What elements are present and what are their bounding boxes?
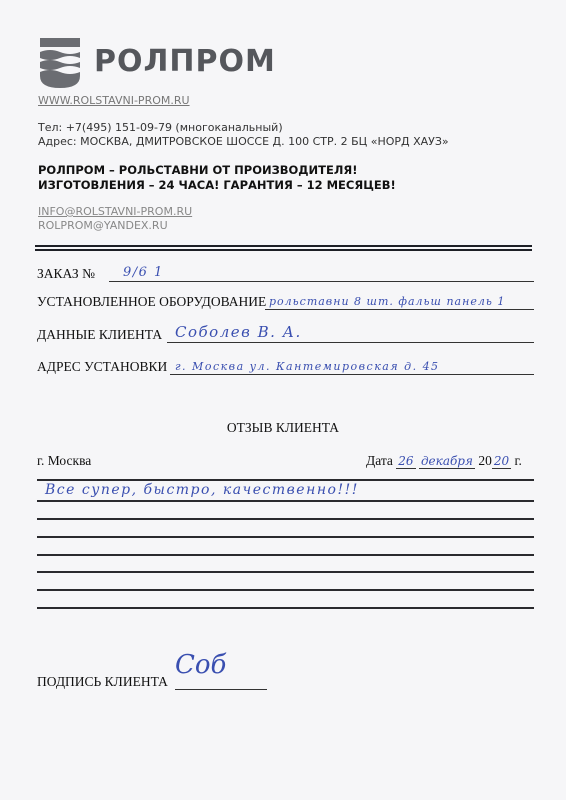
review-line-1	[37, 479, 534, 481]
order-line	[109, 281, 534, 282]
review-line-2	[37, 500, 534, 502]
slogan-line-1: РОЛПРОМ – РОЛЬСТАВНИ ОТ ПРОИЗВОДИТЕЛЯ!	[38, 163, 396, 178]
review-text: Все супер, быстро, качественно!!!	[45, 482, 359, 498]
phone-line: Тел: +7(495) 151-09-79 (многоканальный)	[38, 121, 449, 135]
date-end: г.	[514, 453, 521, 468]
date-month: декабря	[419, 454, 475, 469]
date-year-prefix: 20	[478, 453, 492, 468]
signature-line	[175, 689, 267, 690]
wave-shield-icon	[40, 38, 80, 88]
review-line-3	[37, 518, 534, 520]
address-line-rule	[170, 374, 534, 375]
email-link-info[interactable]: INFO@ROLSTAVNI-PROM.RU	[38, 205, 192, 219]
client-field: ДАННЫЕ КЛИЕНТА Соболев В. А.	[37, 323, 534, 345]
order-label: ЗАКАЗ №	[37, 266, 95, 282]
address-label: АДРЕС УСТАНОВКИ	[37, 359, 167, 375]
email-yandex: ROLPROM@YANDEX.RU	[38, 219, 192, 233]
review-date: Дата 26 декабря 2020 г.	[366, 453, 522, 469]
address-line: Адрес: МОСКВА, ДМИТРОВСКОЕ ШОССЕ Д. 100 …	[38, 135, 449, 149]
address-field: АДРЕС УСТАНОВКИ г. Москва ул. Кантемиров…	[37, 355, 534, 377]
review-title: ОТЗЫВ КЛИЕНТА	[0, 420, 566, 436]
date-year-suffix: 20	[492, 454, 511, 469]
order-field: ЗАКАЗ № 9/6 1	[37, 262, 534, 284]
email-block: INFO@ROLSTAVNI-PROM.RU ROLPROM@YANDEX.RU	[38, 205, 192, 233]
client-line	[167, 342, 534, 343]
client-label: ДАННЫЕ КЛИЕНТА	[37, 327, 162, 343]
address-value: г. Москва ул. Кантемировская д. 45	[175, 360, 440, 373]
signature-label: ПОДПИСЬ КЛИЕНТА	[37, 674, 168, 690]
header-separator	[35, 245, 532, 255]
review-line-5	[37, 554, 534, 556]
client-value: Соболев В. А.	[175, 323, 302, 341]
equipment-field: УСТАНОВЛЕННОЕ ОБОРУДОВАНИЕ рольставни 8 …	[37, 290, 534, 312]
equipment-line	[265, 309, 534, 310]
review-line-6	[37, 571, 534, 573]
slogan-line-2: ИЗГОТОВЛЕНИЯ – 24 ЧАСА! ГАРАНТИЯ – 12 МЕ…	[38, 178, 396, 193]
date-label: Дата	[366, 453, 393, 468]
review-line-4	[37, 536, 534, 538]
slogan: РОЛПРОМ – РОЛЬСТАВНИ ОТ ПРОИЗВОДИТЕЛЯ! И…	[38, 163, 396, 193]
review-line-7	[37, 589, 534, 591]
brand-name: РОЛПРОМ	[94, 44, 276, 79]
website-link[interactable]: WWW.ROLSTAVNI-PROM.RU	[38, 94, 190, 107]
equipment-value: рольставни 8 шт. фальш панель 1	[269, 295, 505, 308]
order-value: 9/6 1	[123, 265, 164, 280]
contact-block: Тел: +7(495) 151-09-79 (многоканальный) …	[38, 121, 449, 149]
signature-mark: Соб	[175, 650, 226, 680]
signature-field: ПОДПИСЬ КЛИЕНТА	[37, 670, 277, 692]
date-day: 26	[396, 454, 415, 469]
review-city: г. Москва	[37, 453, 91, 469]
equipment-label: УСТАНОВЛЕННОЕ ОБОРУДОВАНИЕ	[37, 294, 266, 310]
review-line-8	[37, 607, 534, 609]
company-logo: РОЛПРОМ	[40, 38, 280, 90]
